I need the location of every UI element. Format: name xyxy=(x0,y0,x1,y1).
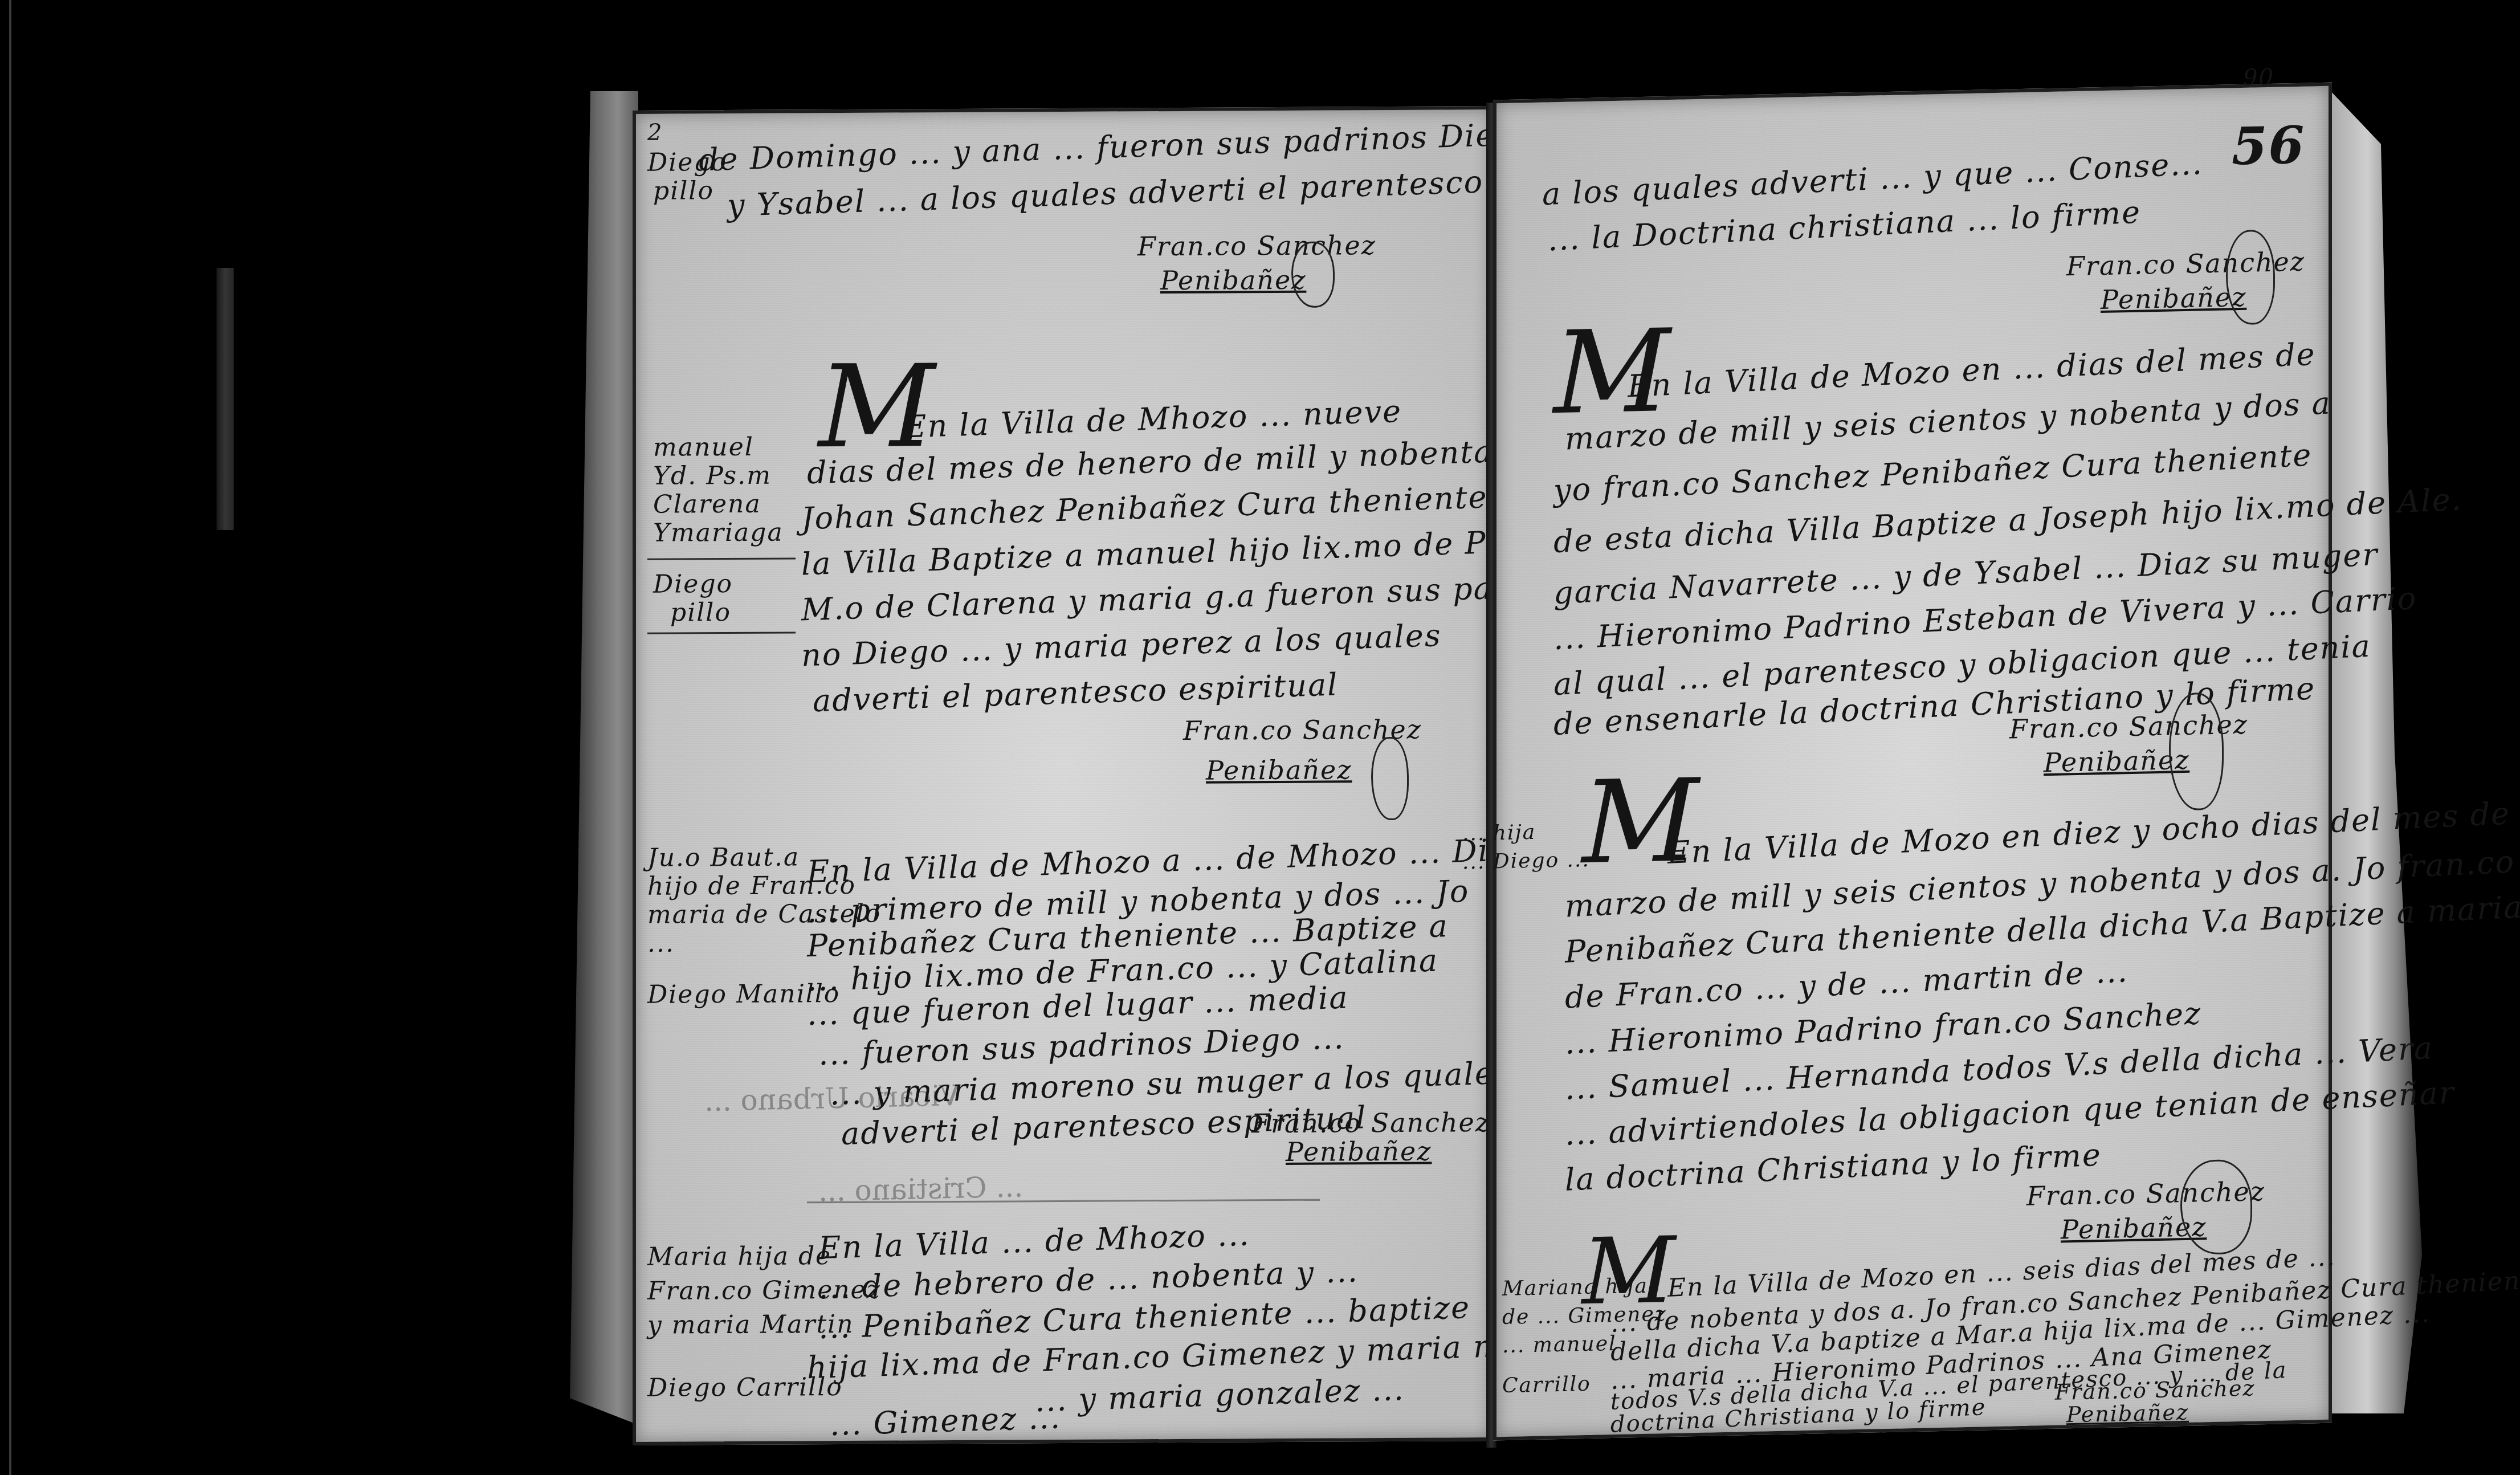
left-page-edges xyxy=(570,91,638,1425)
margin-note: Diego xyxy=(653,569,733,599)
margin-note: ... xyxy=(647,929,675,958)
signature-flourish xyxy=(2180,1159,2252,1256)
page-number: 56 xyxy=(2232,115,2305,177)
signature-flourish xyxy=(2226,230,2275,325)
signature-flourish xyxy=(1291,242,1335,308)
margin-note: ... manuel xyxy=(1502,1332,1617,1358)
margin-note: pillo xyxy=(670,598,731,628)
signature-name: Fran.co Sanchez xyxy=(1137,230,1376,262)
signature-surname: Penibañez xyxy=(2101,282,2246,315)
signature-name: Fran.co Sanchez xyxy=(1251,1107,1490,1139)
margin-note: pillo xyxy=(653,176,714,206)
margin-note: Ymariaga xyxy=(653,518,784,548)
open-register-book: 2 Diego pillo de Domingo ... y ana ... f… xyxy=(570,57,2422,1436)
margin-note: Maria hija de xyxy=(647,1241,831,1272)
scan-edge-line xyxy=(9,0,11,1475)
bleed-through-text: Vicario Urbano ... xyxy=(704,1079,961,1118)
margin-divider xyxy=(647,557,796,560)
signature-flourish xyxy=(1371,737,1409,820)
right-page-edges xyxy=(2331,91,2422,1413)
margin-note: manuel xyxy=(653,433,754,462)
left-page: 2 Diego pillo de Domingo ... y ana ... f… xyxy=(633,106,1494,1445)
margin-note: Carrillo xyxy=(1502,1372,1591,1397)
right-page: 90 56 a los quales adverti ... y que ...… xyxy=(1493,83,2332,1441)
margin-note: Ju.o Baut.a xyxy=(647,842,800,872)
signature-surname: Penibañez xyxy=(2044,744,2189,778)
entry-line: ... Gimenez ... xyxy=(829,1399,1062,1443)
entry-line: ... y maria gonzalez ... xyxy=(1034,1371,1405,1419)
entry-line: no Diego ... y maria perez a los quales xyxy=(801,617,1442,673)
signature-flourish xyxy=(2169,692,2224,811)
signature-surname: Penibañez xyxy=(2066,1400,2189,1428)
bookmark-ribbon xyxy=(217,268,234,530)
entry-line: En la Villa de Mhozo ... nueve xyxy=(903,393,1402,445)
signature-surname: Penibañez xyxy=(1286,1136,1432,1167)
margin-note: ... hija xyxy=(1462,821,1536,846)
entry-line: adverti el parentesco espiritual xyxy=(812,666,1339,719)
margin-divider xyxy=(647,631,796,634)
margin-note: Yd. Ps.m xyxy=(653,461,772,491)
margin-note: ... Diego ... xyxy=(1462,848,1590,874)
left-folio-mark: 2 xyxy=(647,120,663,146)
signature-surname: Penibañez xyxy=(1160,264,1306,296)
signature-surname: Penibañez xyxy=(1206,754,1352,785)
right-folio-mark: 90 xyxy=(2243,64,2274,91)
margin-note: Clarena xyxy=(653,490,761,519)
